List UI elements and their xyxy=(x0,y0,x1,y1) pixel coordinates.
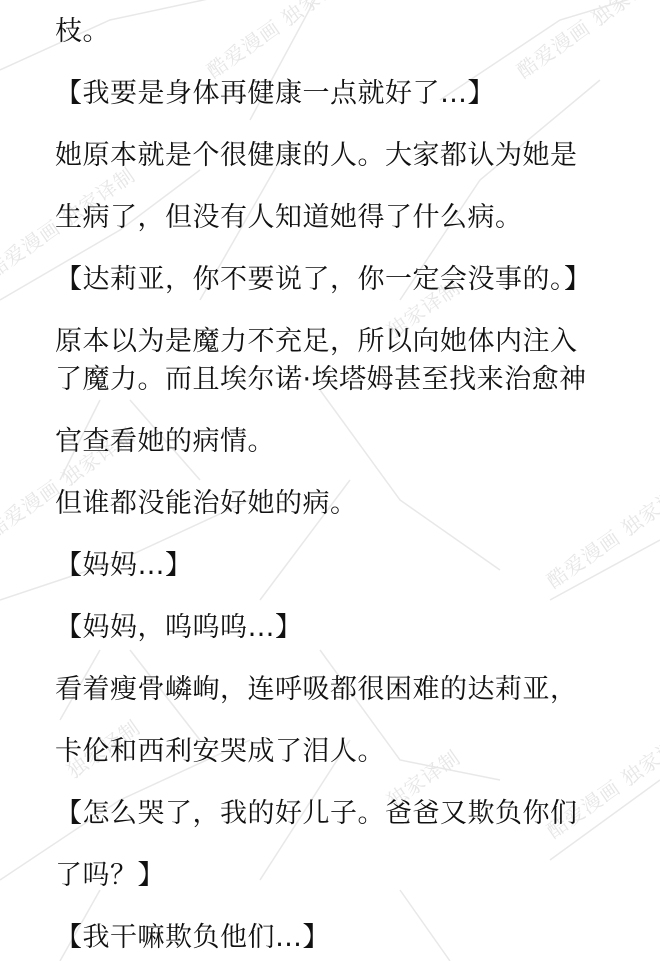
dialogue-line: 【我干嘛欺负他们…】 xyxy=(55,922,330,954)
paragraph-line: 卡伦和西利安哭成了泪人。 xyxy=(55,736,385,768)
dialogue-line: 【怎么哭了，我的好儿子。爸爸又欺负你们 xyxy=(55,798,578,830)
watermark-text: 酷爱漫画 独家译制 xyxy=(540,469,660,593)
paragraph-line: 原本以为是魔力不充足，所以向她体内注入 xyxy=(55,326,578,358)
paragraph-line: 看着瘦骨嶙峋，连呼吸都很困难的达莉亚， xyxy=(55,674,578,706)
paragraph-line: 枝。 xyxy=(55,16,110,48)
dialogue-line: 【达莉亚，你不要说了，你一定会没事的。】 xyxy=(55,264,592,296)
paragraph-line: 官查看她的病情。 xyxy=(55,426,275,458)
paragraph-line: 了魔力。而且埃尔诺·埃塔姆甚至找来治愈神 xyxy=(55,364,587,396)
paragraph-line: 生病了，但没有人知道她得了什么病。 xyxy=(55,202,523,234)
paragraph-line: 但谁都没能治好她的病。 xyxy=(55,488,358,520)
paragraph-line: 她原本就是个很健康的人。大家都认为她是 xyxy=(55,140,578,172)
watermark-text: 酷爱漫画 独家译制 xyxy=(510,0,660,84)
watermark-text: 酷爱漫画 独家译制 xyxy=(200,0,360,84)
dialogue-line: 了吗？】 xyxy=(55,860,165,892)
dialogue-line: 【我要是身体再健康一点就好了…】 xyxy=(55,78,495,110)
dialogue-line: 【妈妈，呜呜呜…】 xyxy=(55,612,303,644)
dialogue-line: 【妈妈…】 xyxy=(55,550,193,582)
